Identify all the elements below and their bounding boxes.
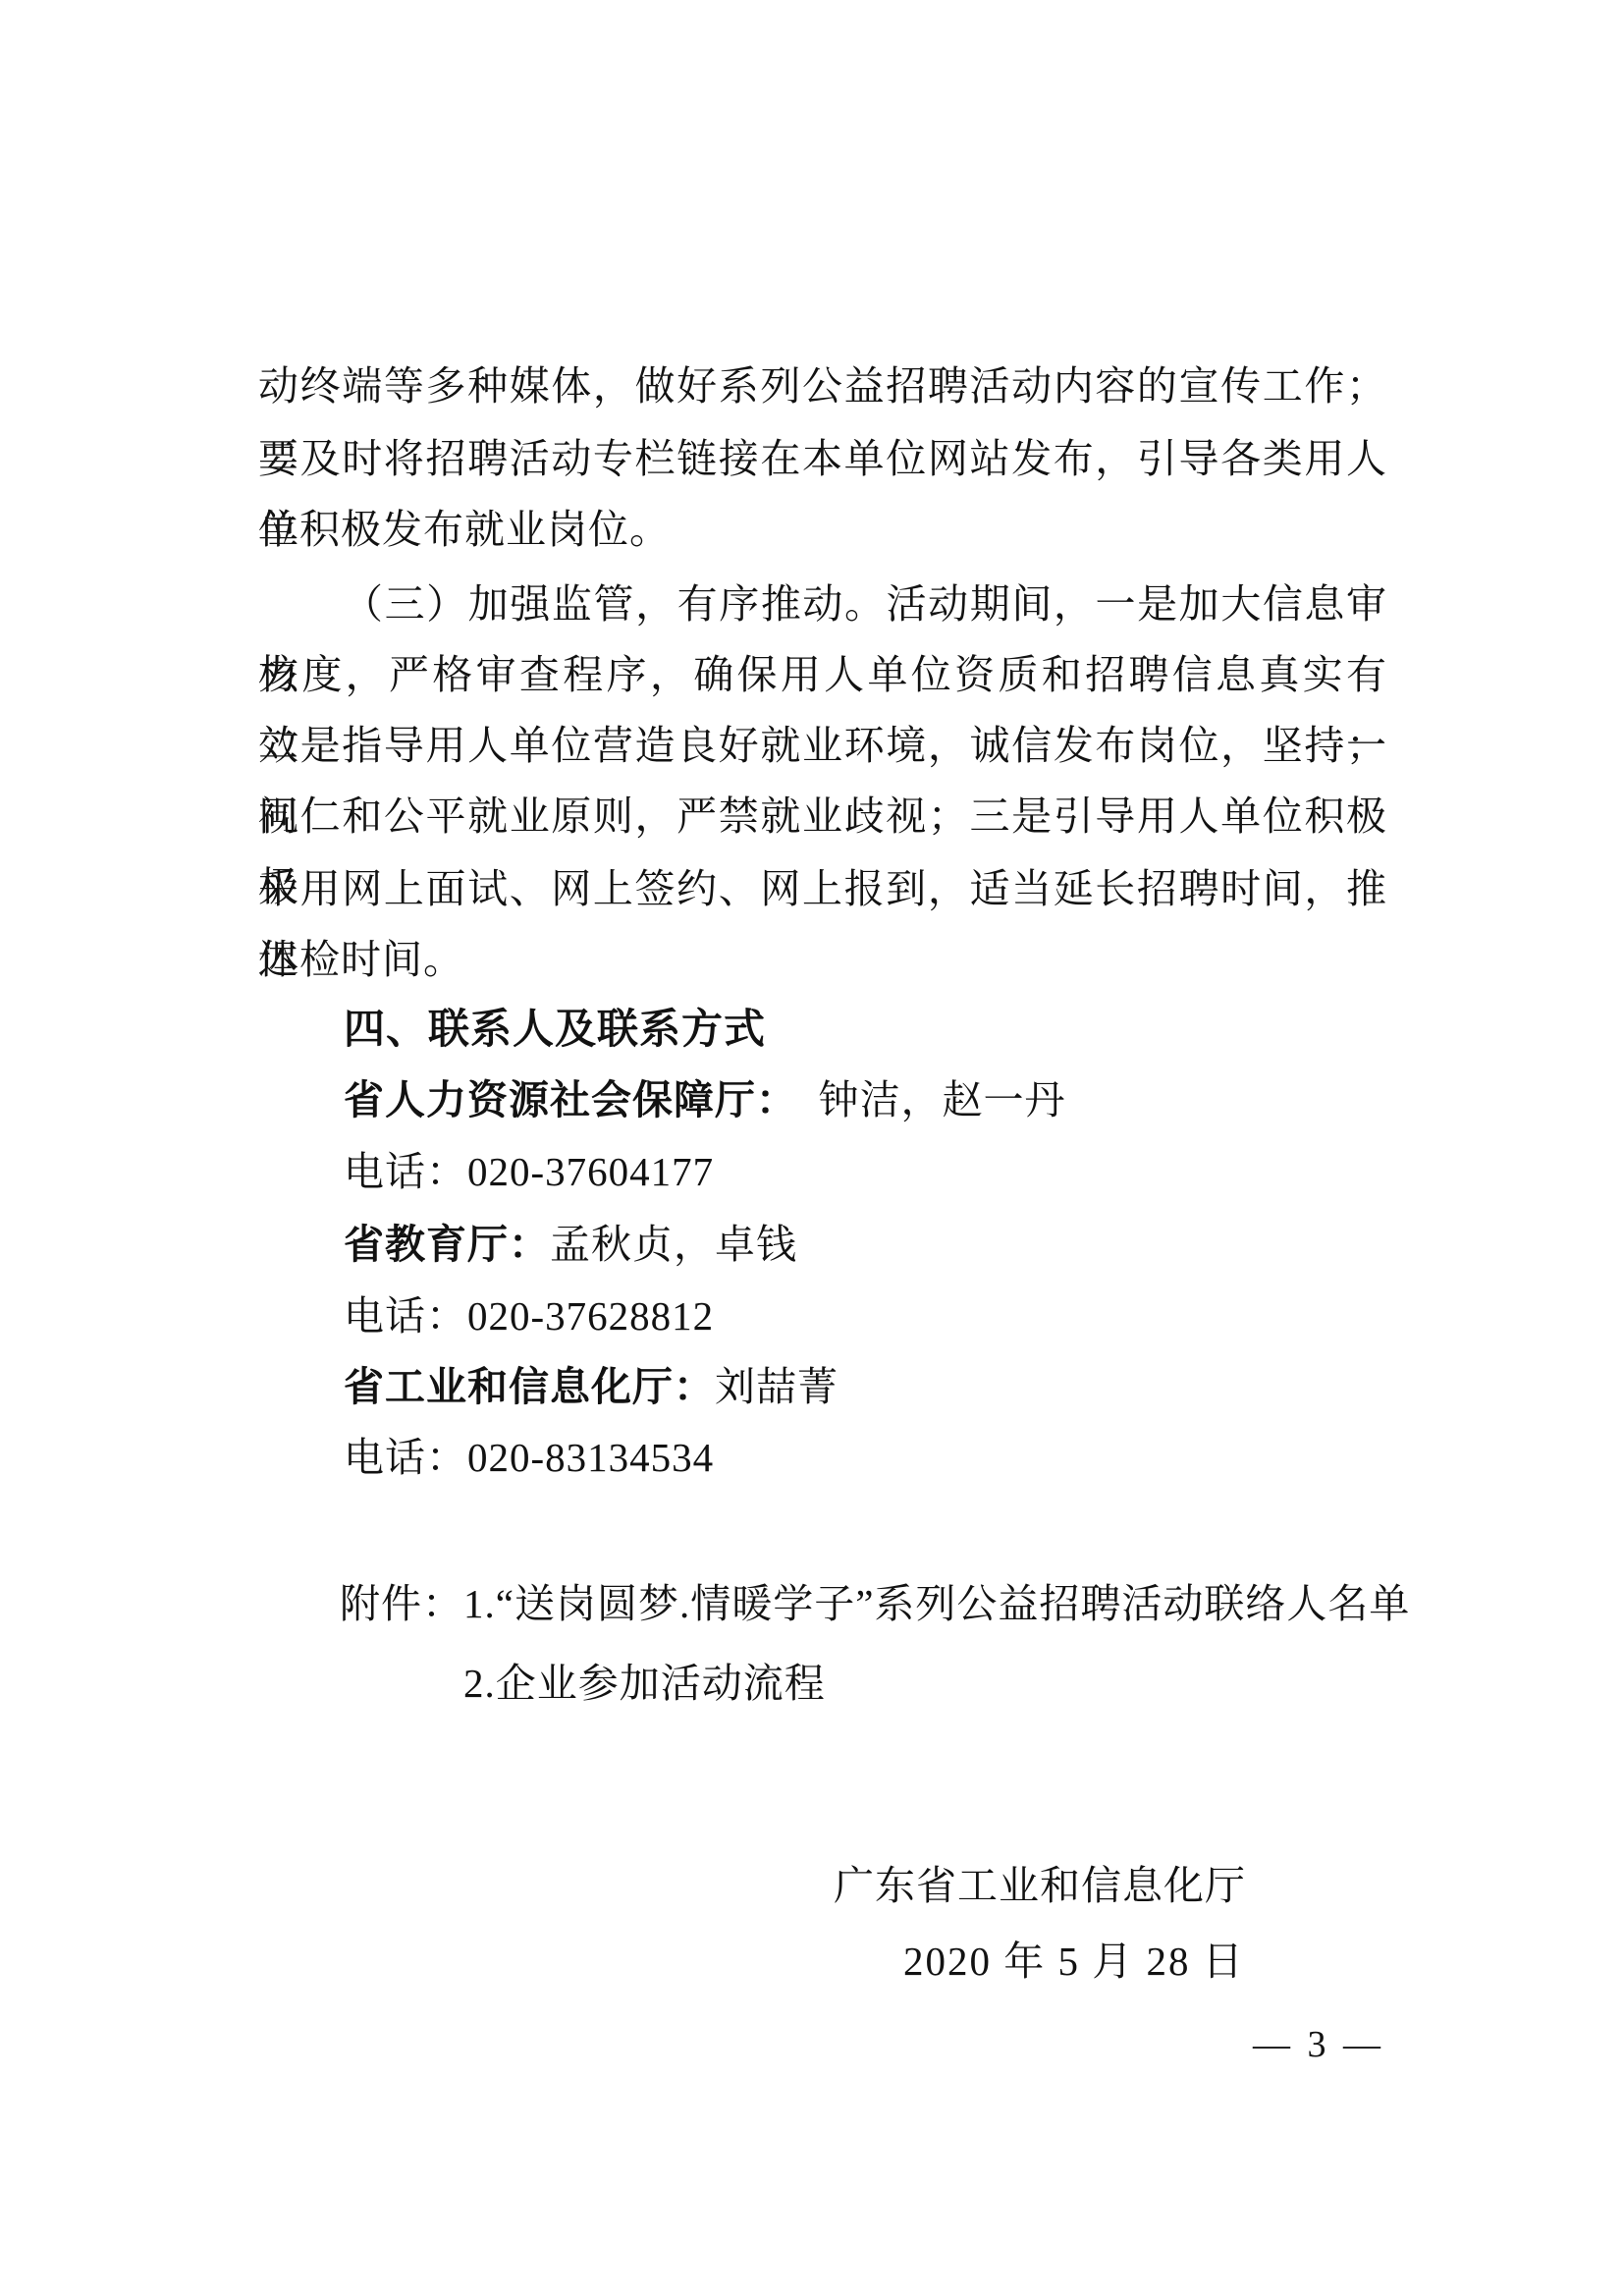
attachment-label: 附件： (340, 1581, 463, 1626)
phone-label: 电话： (344, 1435, 467, 1480)
phone-number: 020-37604177 (467, 1149, 714, 1194)
contact-row: 省人力资源社会保障厅： 钟洁，赵一丹 (344, 1065, 1387, 1135)
contact-names: 钟洁，赵一丹 (778, 1077, 1066, 1122)
attachment-line: 附件：1.“送岗圆梦.情暖学子”系列公益招聘活动联络人名单 (340, 1568, 1439, 1639)
contact-dept-label: 省教育厅： (344, 1222, 550, 1267)
page-number: — 3 — (1235, 2009, 1402, 2080)
paragraph-lead: （三）加强监管，有序推动。 (343, 581, 887, 627)
section-heading: 四、联系人及联系方式 (344, 994, 1387, 1065)
body-line: 位积极发布就业岗位。 (258, 494, 1387, 565)
phone-label: 电话： (344, 1293, 467, 1339)
contact-phone-row: 电话：020-37604177 (344, 1136, 1387, 1207)
contact-dept-label: 省人力资源社会保障厅： (344, 1077, 778, 1122)
attachment-item: 1.“送岗圆梦.情暖学子”系列公益招聘活动联络人名单 (463, 1581, 1410, 1626)
phone-number: 020-37628812 (467, 1293, 714, 1339)
attachment-item: 2.企业参加活动流程 (463, 1648, 1593, 1719)
signature-org: 广东省工业和信息化厅 (834, 1850, 1623, 1921)
contact-dept-label: 省工业和信息化厅： (344, 1364, 715, 1409)
contact-names: 刘喆菁 (715, 1364, 839, 1409)
signature-date: 2020 年 5 月 28 日 (903, 1926, 1623, 1996)
contact-names: 孟秋贞，卓钱 (550, 1222, 797, 1267)
phone-number: 020-83134534 (467, 1435, 714, 1480)
body-line: 体检时间。 (258, 924, 1387, 995)
phone-label: 电话： (344, 1149, 467, 1194)
document-page: 动终端等多种媒体，做好系列公益招聘活动内容的宣传工作；二 要及时将招聘活动专栏链… (0, 0, 1623, 2296)
contact-row: 省教育厅：孟秋贞，卓钱 (344, 1209, 1387, 1280)
contact-row: 省工业和信息化厅：刘喆菁 (344, 1351, 1387, 1422)
contact-phone-row: 电话：020-83134534 (344, 1422, 1387, 1493)
contact-phone-row: 电话：020-37628812 (344, 1281, 1387, 1351)
